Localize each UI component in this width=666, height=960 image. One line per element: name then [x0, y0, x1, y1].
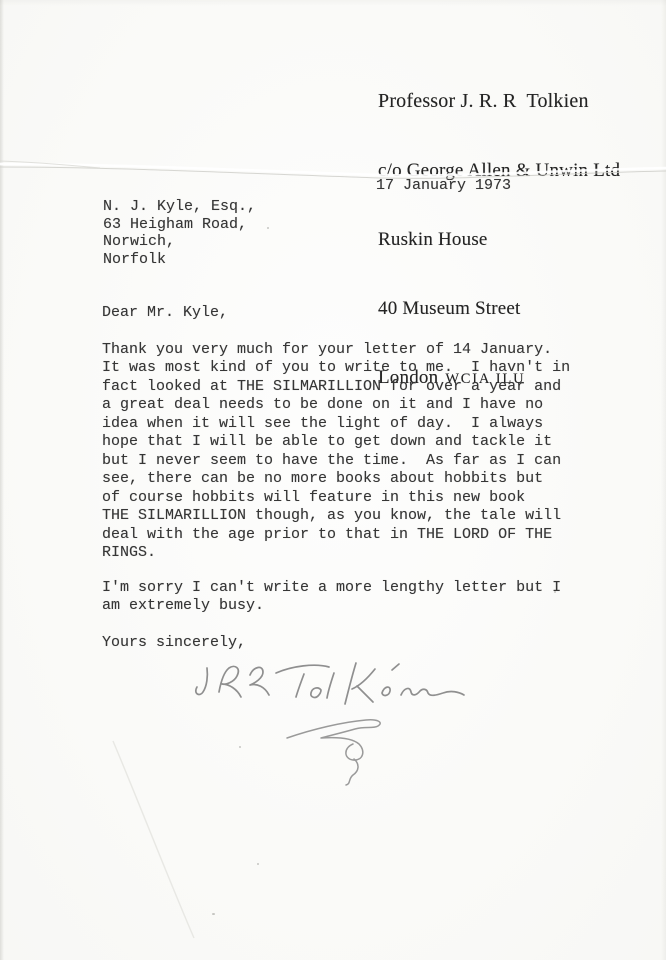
recipient-address: N. J. Kyle, Esq., 63 Heigham Road, Norwi…: [103, 198, 256, 268]
scan-speck: [554, 591, 556, 593]
scan-speck: [257, 863, 259, 865]
letter-page: Professor J. R. R Tolkien c/o George All…: [0, 0, 666, 960]
scan-speck: [212, 913, 215, 915]
letterhead-street: 40 Museum Street: [378, 297, 620, 320]
letterhead-house: Ruskin House: [378, 228, 620, 251]
scan-speck: [267, 227, 269, 229]
body-paragraph-2: I'm sorry I can't write a more lengthy l…: [102, 579, 561, 616]
letterhead-name: Professor J. R. R Tolkien: [378, 90, 620, 113]
scan-speck: [239, 746, 241, 748]
salutation: Dear Mr. Kyle,: [102, 304, 228, 323]
body-paragraph-1: Thank you very much for your letter of 1…: [102, 341, 570, 562]
date-line: 17 January 1973: [376, 177, 511, 195]
signature-flourish: [278, 703, 413, 793]
